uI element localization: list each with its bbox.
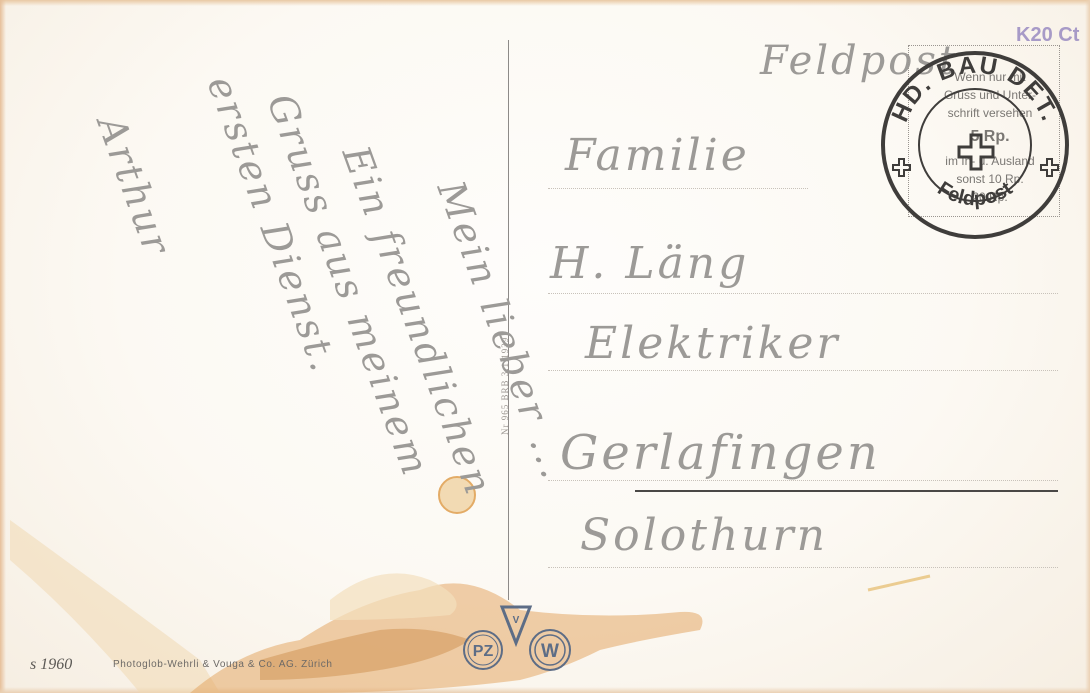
- postcard: Nr 965 BRB 3.1.1939 Arthur ersten Dienst…: [0, 0, 1090, 693]
- pz-logo-icon: PZ: [464, 631, 502, 669]
- cancel-mark: K20 Ct: [1016, 24, 1079, 47]
- cancel-mark-text: K20 Ct: [1016, 24, 1079, 46]
- svg-text:Feldpost: Feldpost: [933, 178, 1016, 211]
- address-line-name: H. Läng: [550, 238, 749, 289]
- address-dotted-line: [548, 293, 1058, 294]
- publisher-imprint: Photoglob-Wehrli & Vouga & Co. AG. Züric…: [113, 659, 333, 670]
- series-number: s 1960: [30, 656, 72, 674]
- address-line-town: Gerlafingen: [560, 425, 881, 481]
- postmark: HD. BAU DET. Feldpost: [877, 47, 1073, 243]
- svg-text:W: W: [541, 641, 559, 662]
- address-line-occupation: Elektriker: [585, 318, 840, 369]
- address-line-familie: Familie: [565, 130, 750, 181]
- address-dotted-line: [548, 188, 808, 189]
- v-logo-icon: V: [502, 607, 530, 643]
- svg-text:PZ: PZ: [473, 643, 494, 660]
- w-logo-icon: W: [530, 630, 570, 670]
- publisher-logos: PZ V W: [460, 605, 580, 675]
- address-dotted-line: [548, 567, 1058, 568]
- address-line-canton: Solothurn: [580, 510, 828, 561]
- svg-text:V: V: [513, 615, 520, 626]
- address-underline: [635, 490, 1058, 492]
- address-dotted-line: [548, 370, 1058, 371]
